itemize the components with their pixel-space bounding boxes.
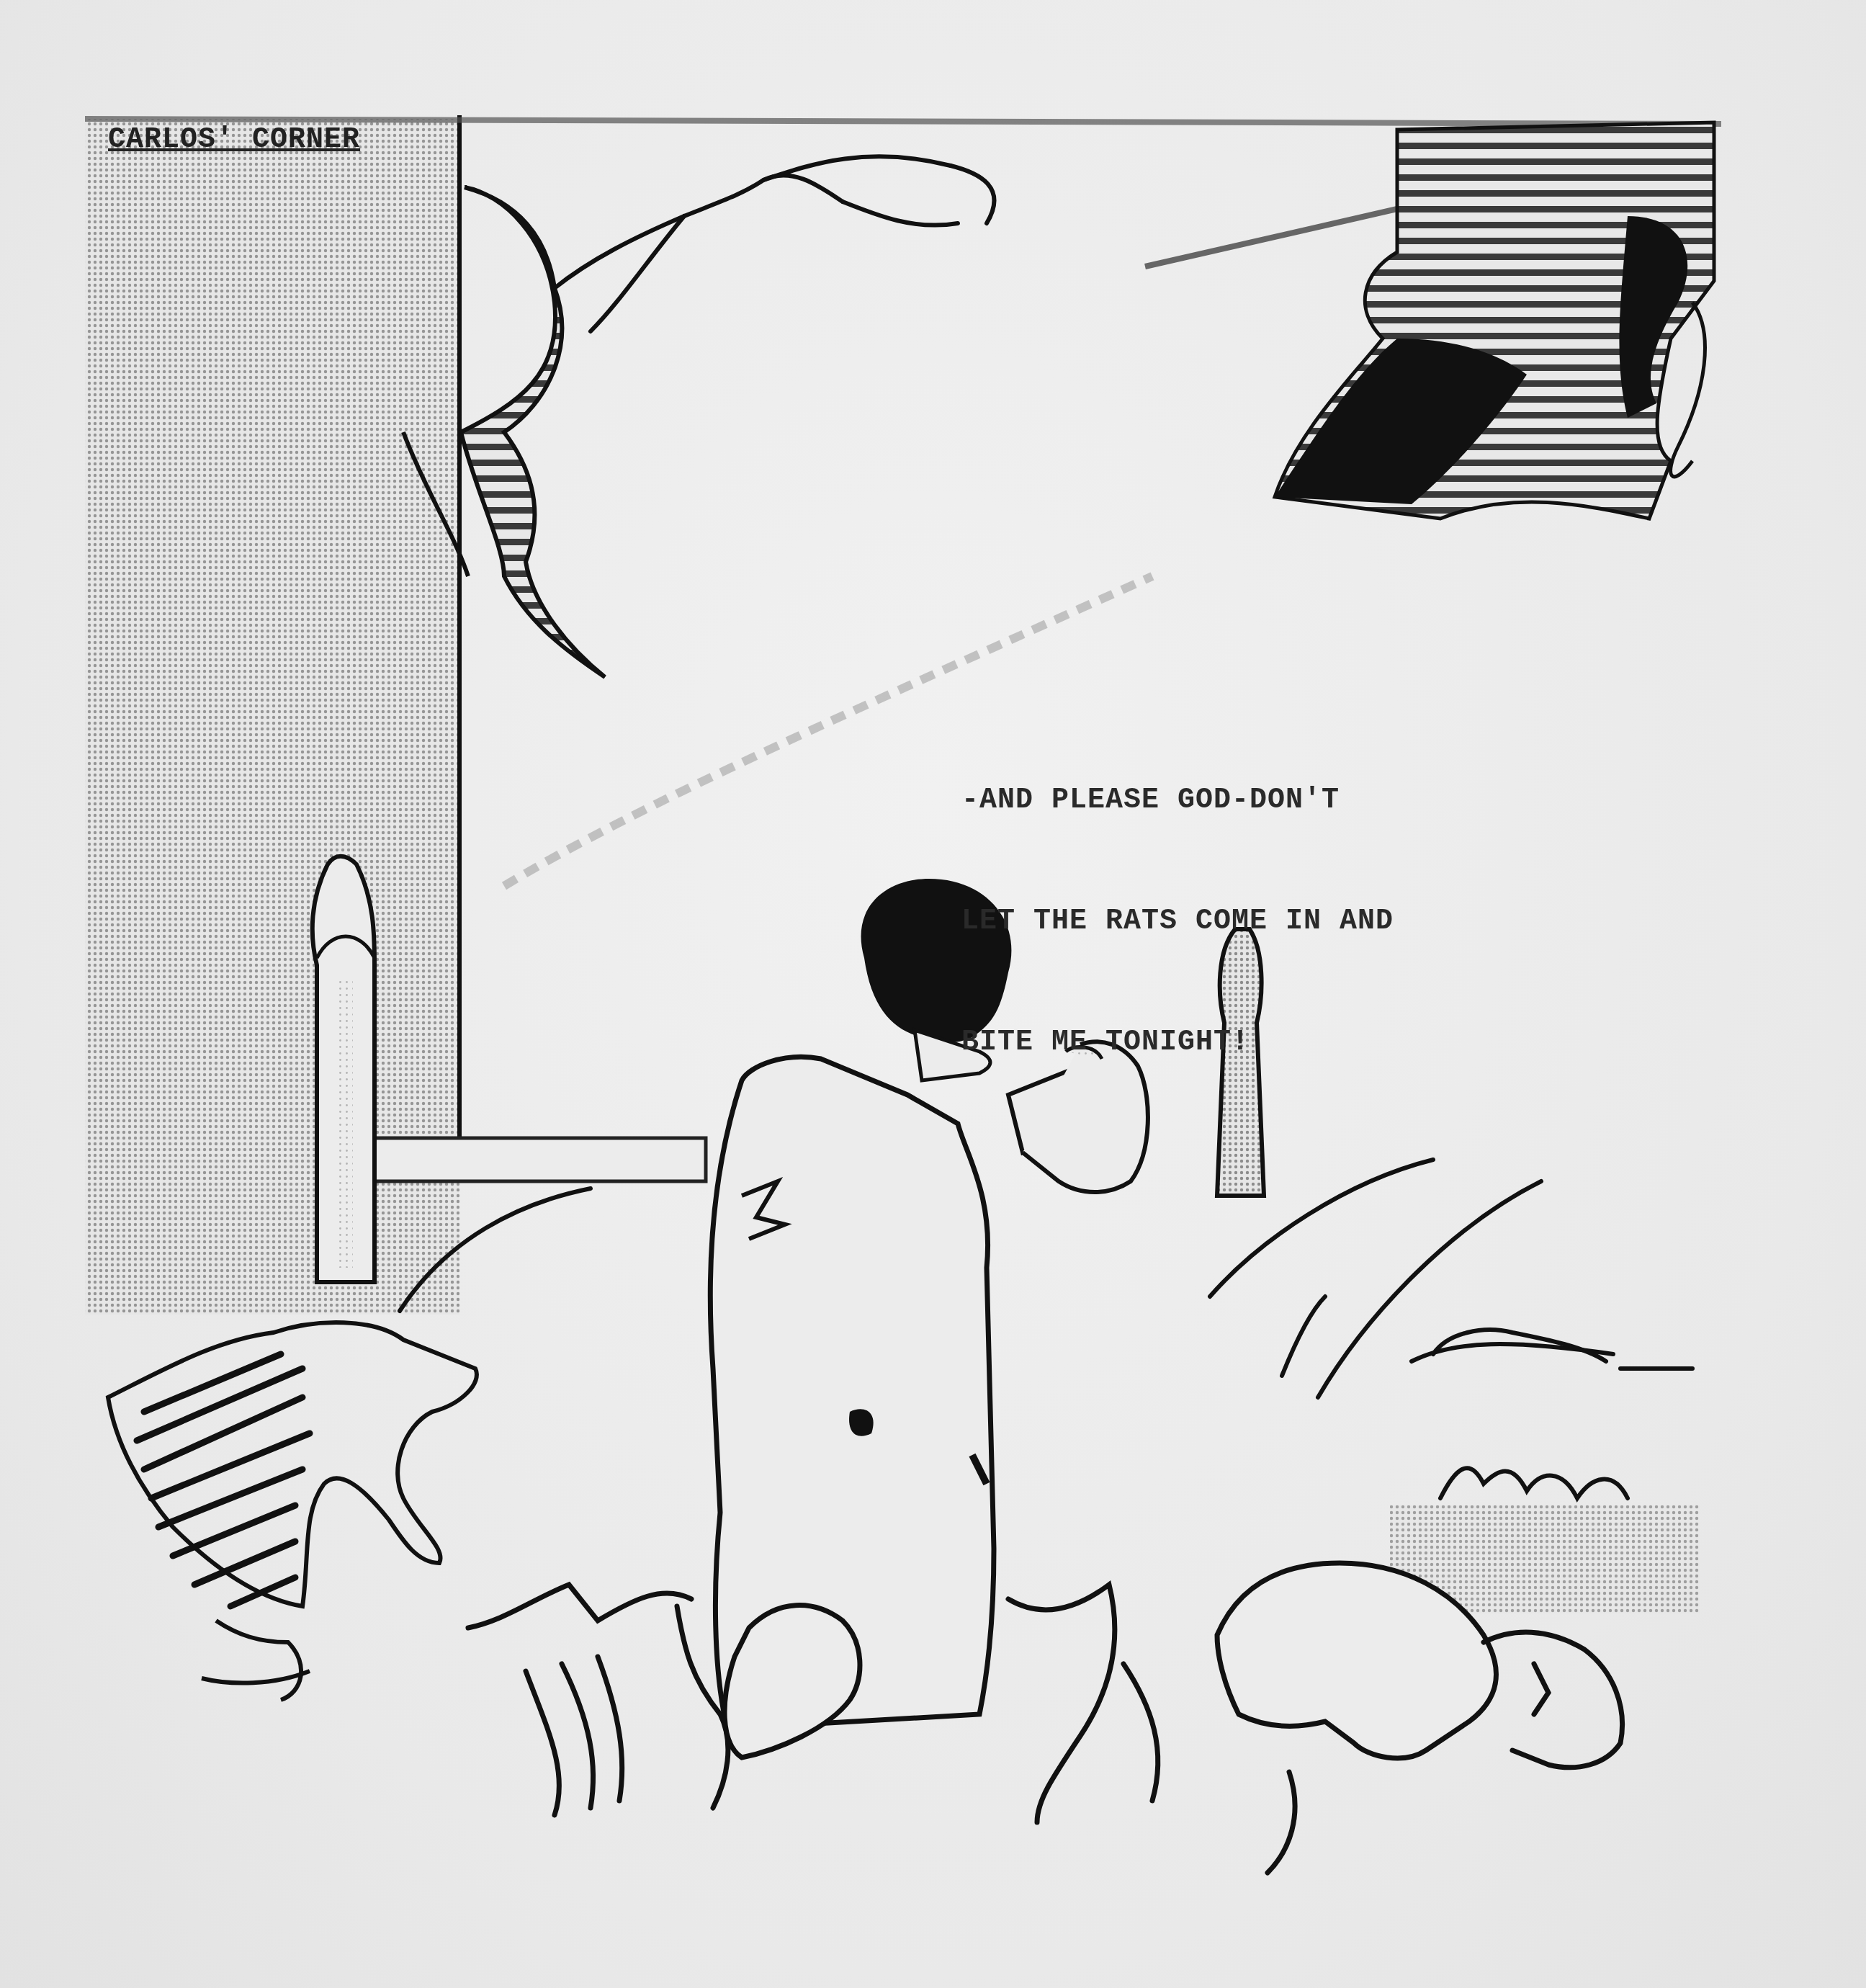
- cartoon-title: CARLOS' CORNER: [108, 124, 360, 156]
- rat-left: [108, 1322, 477, 1700]
- bedpost-left: [313, 856, 374, 1282]
- bed-blanket: [400, 1160, 1692, 1498]
- caption-line-3: BITE ME TONIGHT!: [961, 1023, 1394, 1063]
- ceiling-crack: [555, 156, 994, 331]
- torn-wallpaper-right: [1145, 122, 1714, 519]
- caption-line-2: LET THE RATS COME IN AND: [961, 902, 1394, 942]
- rats-foreground: [468, 1563, 1623, 1873]
- cartoon-caption: -AND PLEASE GOD-DON'T LET THE RATS COME …: [961, 700, 1394, 1103]
- cartoon-illustration: [0, 0, 1866, 1988]
- caption-line-1: -AND PLEASE GOD-DON'T: [961, 781, 1394, 821]
